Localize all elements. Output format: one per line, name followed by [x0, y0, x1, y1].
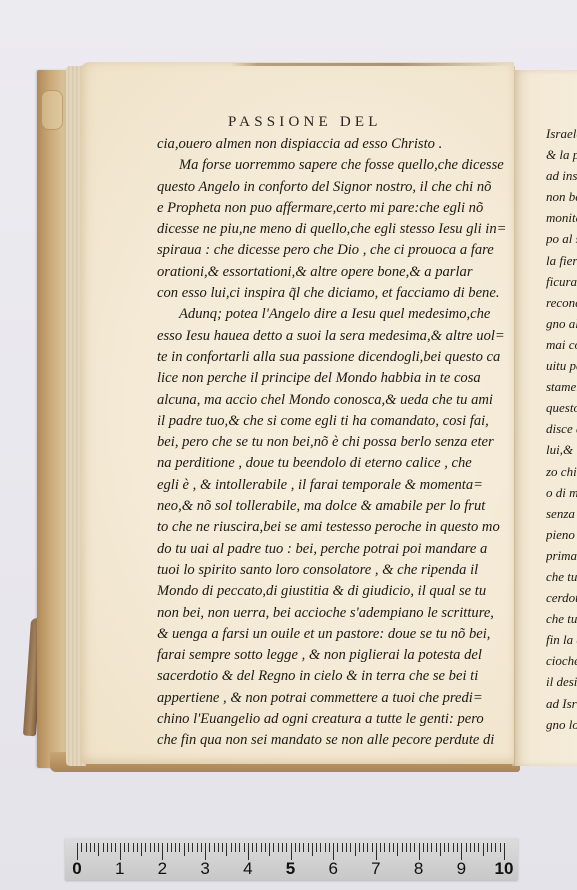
right-text-fragment: prima ch	[546, 545, 577, 566]
left-page-text-block: cia,ouero almen non dispiaccia ad esso C…	[157, 134, 483, 752]
right-text-fragment: il desider	[546, 671, 577, 692]
right-text-fragment: Israele,	[546, 123, 577, 144]
ruler-tick	[218, 843, 219, 852]
ruler-tick	[252, 843, 253, 852]
text-line: Ma forse uorremmo sapere che fosse quell…	[157, 155, 483, 176]
ruler-tick	[491, 843, 492, 852]
right-page-text: Israele,& la paad insegnon beimonite apo…	[546, 123, 577, 735]
text-line: sacerdotio & del Regno in cielo & in ter…	[157, 666, 483, 687]
ruler-tick	[256, 843, 257, 852]
text-line: orationi,& essortationi,& altre opere bo…	[157, 262, 483, 283]
right-text-fragment: che tuo p	[546, 566, 577, 587]
ruler-tick	[308, 843, 309, 852]
ruler-tick	[214, 843, 215, 852]
ruler-tick	[500, 843, 501, 852]
right-text-fragment: po al sc	[546, 228, 577, 249]
ruler-tick	[470, 843, 471, 852]
ruler-tick	[128, 843, 129, 852]
right-text-fragment: ficuran	[546, 271, 577, 292]
text-line: Adunq; potea l'Angelo dire a Iesu quel m…	[157, 304, 483, 325]
ruler-tick	[483, 843, 484, 856]
ruler-tick	[286, 843, 287, 852]
ruler-tick	[410, 843, 411, 852]
ruler-tick	[350, 843, 351, 852]
right-text-fragment: disce d	[546, 418, 577, 439]
ruler-tick	[111, 843, 112, 852]
ruler-tick	[141, 843, 142, 856]
right-text-fragment: o di mor	[546, 482, 577, 503]
text-line: na perditione , doue tu beendolo di eter…	[157, 453, 483, 474]
ruler-tick	[171, 843, 172, 852]
ruler-tick	[248, 843, 249, 860]
ruler-tick	[162, 843, 163, 860]
ruler-label: 4	[243, 859, 252, 879]
ruler-tick	[389, 843, 390, 852]
ruler-tick	[133, 843, 134, 852]
text-line: Mondo di peccato,di giustitia & di giudi…	[157, 581, 483, 602]
text-line: te in confortarli alla sua passione dice…	[157, 347, 483, 368]
ruler-label: 7	[371, 859, 380, 879]
text-line: farai sempre sotto legge , & non piglier…	[157, 645, 483, 666]
text-line: lice non perche il principe del Mondo ha…	[157, 368, 483, 389]
ruler-label: 2	[158, 859, 167, 879]
ruler-label: 10	[495, 859, 514, 879]
ruler-label: 1	[115, 859, 124, 879]
ruler-label: 6	[328, 859, 337, 879]
ruler-tick	[205, 843, 206, 860]
ruler-tick	[265, 843, 266, 852]
right-text-fragment: la fiere	[546, 250, 577, 271]
ruler-tick	[299, 843, 300, 852]
ruler-tick	[466, 843, 467, 852]
ruler-label: 0	[72, 859, 81, 879]
ruler-tick	[192, 843, 193, 852]
text-line: questo Angelo in conforto del Signor nos…	[157, 177, 483, 198]
right-text-fragment: ad inseg	[546, 165, 577, 186]
right-text-fragment: pieno de	[546, 524, 577, 545]
ruler-tick	[423, 843, 424, 852]
ruler-tick	[94, 843, 95, 852]
ruler-tick	[222, 843, 223, 852]
ruler-tick	[372, 843, 373, 852]
running-head: PASSIONE DEL	[228, 114, 382, 131]
ruler-tick	[226, 843, 227, 856]
ruler-tick	[273, 843, 274, 852]
right-text-fragment: zo chin	[546, 461, 577, 482]
ruler-tick	[406, 843, 407, 852]
ruler-tick	[98, 843, 99, 856]
ruler-tick	[414, 843, 415, 852]
text-line: neo,& nõ sol tollerabile, ma dolce & ama…	[157, 496, 483, 517]
right-text-fragment: & la pa	[546, 144, 577, 165]
text-line: con esso lui,ci inspira q̃l che diciamo,…	[157, 283, 483, 304]
ruler-tick	[209, 843, 210, 852]
ruler-tick	[77, 843, 78, 860]
ruler-tick	[427, 843, 428, 852]
ruler-label: 3	[200, 859, 209, 879]
ruler-tick	[269, 843, 270, 856]
ruler-tick	[380, 843, 381, 852]
ruler-tick	[419, 843, 420, 860]
ruler-tick	[107, 843, 108, 852]
ruler-tick	[312, 843, 313, 856]
ruler-tick	[154, 843, 155, 852]
right-text-fragment: cerdoti,	[546, 587, 577, 608]
ruler-tick	[397, 843, 398, 856]
ruler-tick	[115, 843, 116, 852]
ruler-tick	[103, 843, 104, 852]
ruler-tick	[188, 843, 189, 852]
ruler-tick	[376, 843, 377, 860]
right-text-fragment: ad Israe	[546, 693, 577, 714]
ruler-tick	[440, 843, 441, 856]
ruler-tick	[393, 843, 394, 852]
text-line: egli è , & intollerabile , il farai temp…	[157, 475, 483, 496]
ruler-label: 8	[414, 859, 423, 879]
ruler-tick	[457, 843, 458, 852]
text-line: to che ne riuscira,bei se ami testesso p…	[157, 517, 483, 538]
ruler-tick	[337, 843, 338, 852]
ruler-tick	[367, 843, 368, 852]
ruler-tick	[444, 843, 445, 852]
right-text-fragment: fin la du	[546, 629, 577, 650]
ruler-tick	[137, 843, 138, 852]
right-text-fragment: che tu be	[546, 608, 577, 629]
ruler-tick	[448, 843, 449, 852]
ruler-tick	[291, 843, 292, 860]
text-line: che fin qua non sei mandato se non alle …	[157, 730, 483, 751]
ruler-tick	[167, 843, 168, 852]
ruler-tick	[197, 843, 198, 852]
ruler-tick	[474, 843, 475, 852]
text-line: il padre tuo,& che si come egli ti ha co…	[157, 411, 483, 432]
ruler-label: 5	[286, 859, 295, 879]
text-line: do tu uai al padre tuo : bei, perche pot…	[157, 539, 483, 560]
right-text-fragment: mai cos	[546, 334, 577, 355]
ruler-tick	[235, 843, 236, 852]
text-line: chino l'Euangelio ad ogni creatura a tut…	[157, 709, 483, 730]
text-line: alcuna, ma accio chel Mondo conosca,& ue…	[157, 390, 483, 411]
ruler-tick	[179, 843, 180, 852]
ruler-tick	[278, 843, 279, 852]
text-line: dicesse ne piu,ne meno di quello,che egl…	[157, 219, 483, 240]
right-text-fragment: gno lo d	[546, 714, 577, 735]
ruler-tick	[384, 843, 385, 852]
ruler-tick	[436, 843, 437, 852]
ruler-tick	[504, 843, 505, 860]
right-text-fragment: monite a	[546, 207, 577, 228]
ruler-tick	[487, 843, 488, 852]
right-text-fragment: reconci	[546, 292, 577, 313]
ruler-tick	[431, 843, 432, 852]
right-text-fragment: uitu pe	[546, 355, 577, 376]
ruler-tick	[124, 843, 125, 852]
text-line: non bei, non uerra, bei accioche s'ademp…	[157, 603, 483, 624]
ruler-tick	[303, 843, 304, 852]
ruler-tick	[81, 843, 82, 852]
ruler-tick	[231, 843, 232, 852]
ruler-tick	[201, 843, 202, 852]
right-text-fragment: non bei	[546, 186, 577, 207]
ruler-tick	[316, 843, 317, 852]
ruler-tick	[120, 843, 121, 860]
ruler-tick	[325, 843, 326, 852]
right-text-fragment: questo	[546, 397, 577, 418]
text-line: cia,ouero almen non dispiaccia ad esso C…	[157, 134, 483, 155]
ruler-tick	[355, 843, 356, 856]
ruler-tick	[175, 843, 176, 852]
ruler-tick	[150, 843, 151, 852]
ruler-tick	[359, 843, 360, 852]
text-line: bei, pero che se tu non bei,nõ è chi pos…	[157, 432, 483, 453]
ruler-tick	[453, 843, 454, 852]
text-line: e Propheta non puo affermare,certo mi pa…	[157, 198, 483, 219]
ruler-tick	[295, 843, 296, 852]
ruler-tick	[158, 843, 159, 852]
ruler-tick	[333, 843, 334, 860]
ruler-tick	[342, 843, 343, 852]
ruler-tick	[86, 843, 87, 852]
ruler-tick	[461, 843, 462, 860]
text-line: & uenga a farsi un ouile et un pastore: …	[157, 624, 483, 645]
text-line: esso Iesu haueа detto a suoi la sera med…	[157, 326, 483, 347]
ruler-tick	[244, 843, 245, 852]
photograph-scene: Israele,& la paad insegnon beimonite apo…	[0, 0, 577, 890]
ruler-tick	[402, 843, 403, 852]
right-text-fragment: gno al	[546, 313, 577, 334]
ruler-tick	[239, 843, 240, 852]
ruler-tick	[261, 843, 262, 852]
text-line: spiraua : che dicesse pero che Dio , che…	[157, 240, 483, 261]
ruler-tick	[90, 843, 91, 852]
ruler-tick	[282, 843, 283, 852]
right-text-fragment: stamen	[546, 376, 577, 397]
ruler-tick	[346, 843, 347, 852]
ruler-tick	[363, 843, 364, 852]
ruler-tick	[184, 843, 185, 856]
ruler-tick	[495, 843, 496, 852]
ruler-tick	[329, 843, 330, 852]
ruler-tick	[320, 843, 321, 852]
right-text-fragment: ciochel p	[546, 650, 577, 671]
text-line: appertiene , & non potrai commettere a t…	[157, 688, 483, 709]
scale-ruler: 012345678910	[65, 838, 518, 880]
ruler-label: 9	[457, 859, 466, 879]
ruler-tick	[145, 843, 146, 852]
right-text-fragment: senza e	[546, 503, 577, 524]
text-line: tuoi lo spirito santo loro consolatore ,…	[157, 560, 483, 581]
ruler-tick	[478, 843, 479, 852]
right-text-fragment: lui,&	[546, 439, 577, 460]
